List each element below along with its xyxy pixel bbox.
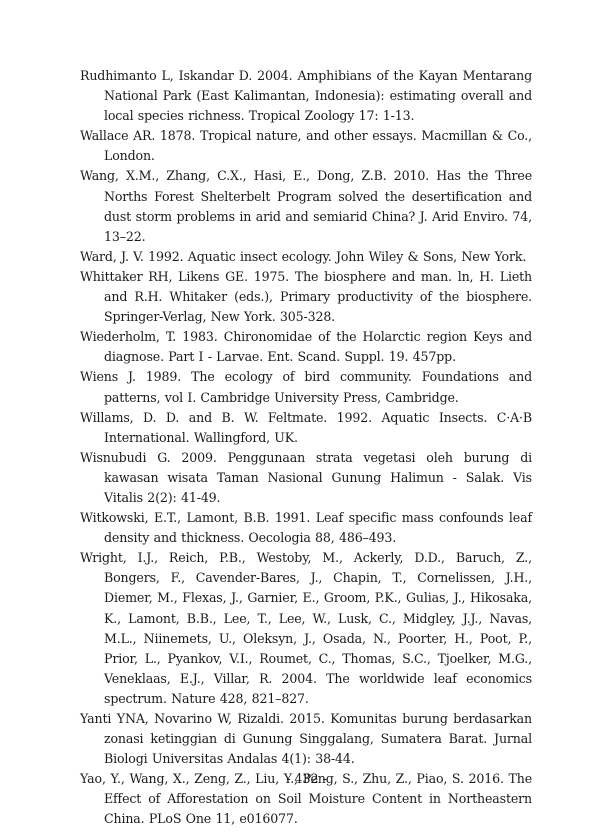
reference-entry: Yanti YNA, Novarino W, Rizaldi. 2015. Ko… bbox=[80, 709, 532, 769]
reference-entry: Wisnubudi G. 2009. Penggunaan strata veg… bbox=[80, 448, 532, 508]
reference-entry: Wright, I.J., Reich, P.B., Westoby, M., … bbox=[80, 548, 532, 709]
reference-list: Rudhimanto L, Iskandar D. 2004. Amphibia… bbox=[80, 66, 532, 830]
reference-entry: Ward, J. V. 1992. Aquatic insect ecology… bbox=[80, 247, 532, 267]
reference-entry: Willams, D. D. and B. W. Feltmate. 1992.… bbox=[80, 408, 532, 448]
reference-entry: Whittaker RH, Likens GE. 1975. The biosp… bbox=[80, 267, 532, 327]
reference-entry: Witkowski, E.T., Lamont, B.B. 1991. Leaf… bbox=[80, 508, 532, 548]
reference-entry: Rudhimanto L, Iskandar D. 2004. Amphibia… bbox=[80, 66, 532, 126]
reference-entry: Wiens J. 1989. The ecology of bird commu… bbox=[80, 367, 532, 407]
page-number: - 432 - bbox=[0, 771, 613, 786]
reference-entry: Wang, X.M., Zhang, C.X., Hasi, E., Dong,… bbox=[80, 166, 532, 246]
reference-entry: Wiederholm, T. 1983. Chironomidae of the… bbox=[80, 327, 532, 367]
reference-entry: Wallace AR. 1878. Tropical nature, and o… bbox=[80, 126, 532, 166]
